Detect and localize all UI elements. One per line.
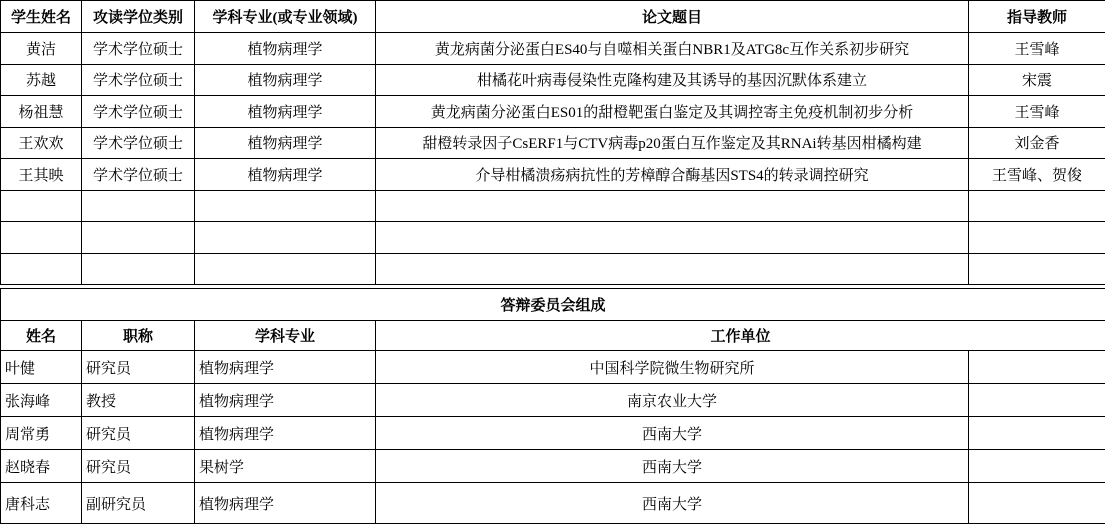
committee-section-title: 答辩委员会组成 <box>1 289 1105 321</box>
thesis-title-cell <box>376 253 969 285</box>
degree-type-cell: 学术学位硕士 <box>82 96 195 128</box>
major-cell: 植物病理学 <box>195 64 376 96</box>
thesis-title-cell <box>376 222 969 254</box>
advisor-cell: 王雪峰 <box>969 33 1105 65</box>
thesis-title-cell: 柑橘花叶病毒侵染性克隆构建及其诱导的基因沉默体系建立 <box>376 64 969 96</box>
advisor-cell <box>969 222 1105 254</box>
student-row: 黄洁 学术学位硕士 植物病理学 黄龙病菌分泌蛋白ES40与自噬相关蛋白NBR1及… <box>1 33 1105 65</box>
major-cell <box>195 222 376 254</box>
member-org-cell: 西南大学 <box>376 483 969 524</box>
student-name-cell: 王其映 <box>1 159 82 191</box>
major-cell <box>195 253 376 285</box>
major-cell <box>195 190 376 222</box>
member-name-cell: 唐科志 <box>1 483 82 524</box>
student-row-empty <box>1 222 1105 254</box>
advisor-cell <box>969 190 1105 222</box>
member-org-cell: 西南大学 <box>376 450 969 483</box>
advisor-cell: 王雪峰 <box>969 96 1105 128</box>
committee-row: 张海峰 教授 植物病理学 南京农业大学 <box>1 384 1105 417</box>
advisor-cell: 王雪峰、贺俊 <box>969 159 1105 191</box>
member-title-cell: 副研究员 <box>82 483 195 524</box>
member-major-cell: 植物病理学 <box>195 483 376 524</box>
member-title-cell: 研究员 <box>82 450 195 483</box>
member-major-cell: 植物病理学 <box>195 417 376 450</box>
student-row: 王欢欢 学术学位硕士 植物病理学 甜橙转录因子CsERF1与CTV病毒p20蛋白… <box>1 127 1105 159</box>
col-header-degree-type: 攻读学位类别 <box>82 1 195 33</box>
student-name-cell <box>1 190 82 222</box>
degree-type-cell: 学术学位硕士 <box>82 159 195 191</box>
advisor-cell: 刘金香 <box>969 127 1105 159</box>
student-row-empty <box>1 253 1105 285</box>
degree-type-cell: 学术学位硕士 <box>82 64 195 96</box>
student-row: 王其映 学术学位硕士 植物病理学 介导柑橘溃疡病抗性的芳樟醇合酶基因STS4的转… <box>1 159 1105 191</box>
member-org-cell: 南京农业大学 <box>376 384 969 417</box>
col-header-student-name: 学生姓名 <box>1 1 82 33</box>
empty-cell <box>969 384 1105 417</box>
thesis-title-cell: 黄龙病菌分泌蛋白ES40与自噬相关蛋白NBR1及ATG8c互作关系初步研究 <box>376 33 969 65</box>
col-header-member-major: 学科专业 <box>195 321 376 351</box>
member-org-cell: 西南大学 <box>376 417 969 450</box>
committee-row: 唐科志 副研究员 植物病理学 西南大学 <box>1 483 1105 524</box>
col-header-major: 学科专业(或专业领域) <box>195 1 376 33</box>
col-header-member-org: 工作单位 <box>376 321 1105 351</box>
empty-cell <box>969 351 1105 384</box>
member-name-cell: 赵晓春 <box>1 450 82 483</box>
major-cell: 植物病理学 <box>195 127 376 159</box>
member-name-cell: 张海峰 <box>1 384 82 417</box>
student-name-cell: 王欢欢 <box>1 127 82 159</box>
degree-type-cell: 学术学位硕士 <box>82 127 195 159</box>
col-header-thesis-title: 论文题目 <box>376 1 969 33</box>
member-org-cell: 中国科学院微生物研究所 <box>376 351 969 384</box>
major-cell: 植物病理学 <box>195 159 376 191</box>
committee-row: 周常勇 研究员 植物病理学 西南大学 <box>1 417 1105 450</box>
committee-table: 答辩委员会组成 姓名 职称 学科专业 工作单位 叶健 研究员 植物病理学 中国科… <box>0 288 1105 524</box>
empty-cell <box>969 417 1105 450</box>
member-name-cell: 周常勇 <box>1 417 82 450</box>
students-header-row: 学生姓名 攻读学位类别 学科专业(或专业领域) 论文题目 指导教师 <box>1 1 1105 33</box>
col-header-advisor: 指导教师 <box>969 1 1105 33</box>
student-name-cell: 黄洁 <box>1 33 82 65</box>
thesis-title-cell: 介导柑橘溃疡病抗性的芳樟醇合酶基因STS4的转录调控研究 <box>376 159 969 191</box>
degree-type-cell: 学术学位硕士 <box>82 33 195 65</box>
thesis-title-cell <box>376 190 969 222</box>
student-row-empty <box>1 190 1105 222</box>
degree-type-cell <box>82 253 195 285</box>
committee-header-row: 姓名 职称 学科专业 工作单位 <box>1 321 1105 351</box>
students-table: 学生姓名 攻读学位类别 学科专业(或专业领域) 论文题目 指导教师 黄洁 学术学… <box>0 0 1105 285</box>
student-name-cell <box>1 222 82 254</box>
student-name-cell <box>1 253 82 285</box>
major-cell: 植物病理学 <box>195 33 376 65</box>
student-name-cell: 苏越 <box>1 64 82 96</box>
member-title-cell: 教授 <box>82 384 195 417</box>
col-header-member-name: 姓名 <box>1 321 82 351</box>
major-cell: 植物病理学 <box>195 96 376 128</box>
degree-type-cell <box>82 222 195 254</box>
student-row: 苏越 学术学位硕士 植物病理学 柑橘花叶病毒侵染性克隆构建及其诱导的基因沉默体系… <box>1 64 1105 96</box>
thesis-title-cell: 甜橙转录因子CsERF1与CTV病毒p20蛋白互作鉴定及其RNAi转基因柑橘构建 <box>376 127 969 159</box>
advisor-cell <box>969 253 1105 285</box>
document-sheet: 学生姓名 攻读学位类别 学科专业(或专业领域) 论文题目 指导教师 黄洁 学术学… <box>0 0 1105 529</box>
degree-type-cell <box>82 190 195 222</box>
member-major-cell: 果树学 <box>195 450 376 483</box>
committee-row: 赵晓春 研究员 果树学 西南大学 <box>1 450 1105 483</box>
member-title-cell: 研究员 <box>82 417 195 450</box>
member-major-cell: 植物病理学 <box>195 351 376 384</box>
empty-cell <box>969 483 1105 524</box>
committee-row: 叶健 研究员 植物病理学 中国科学院微生物研究所 <box>1 351 1105 384</box>
advisor-cell: 宋震 <box>969 64 1105 96</box>
empty-cell <box>969 450 1105 483</box>
member-title-cell: 研究员 <box>82 351 195 384</box>
committee-section-header-row: 答辩委员会组成 <box>1 289 1105 321</box>
col-header-member-title: 职称 <box>82 321 195 351</box>
thesis-title-cell: 黄龙病菌分泌蛋白ES01的甜橙靶蛋白鉴定及其调控寄主免疫机制初步分析 <box>376 96 969 128</box>
member-name-cell: 叶健 <box>1 351 82 384</box>
member-major-cell: 植物病理学 <box>195 384 376 417</box>
student-name-cell: 杨祖慧 <box>1 96 82 128</box>
student-row: 杨祖慧 学术学位硕士 植物病理学 黄龙病菌分泌蛋白ES01的甜橙靶蛋白鉴定及其调… <box>1 96 1105 128</box>
